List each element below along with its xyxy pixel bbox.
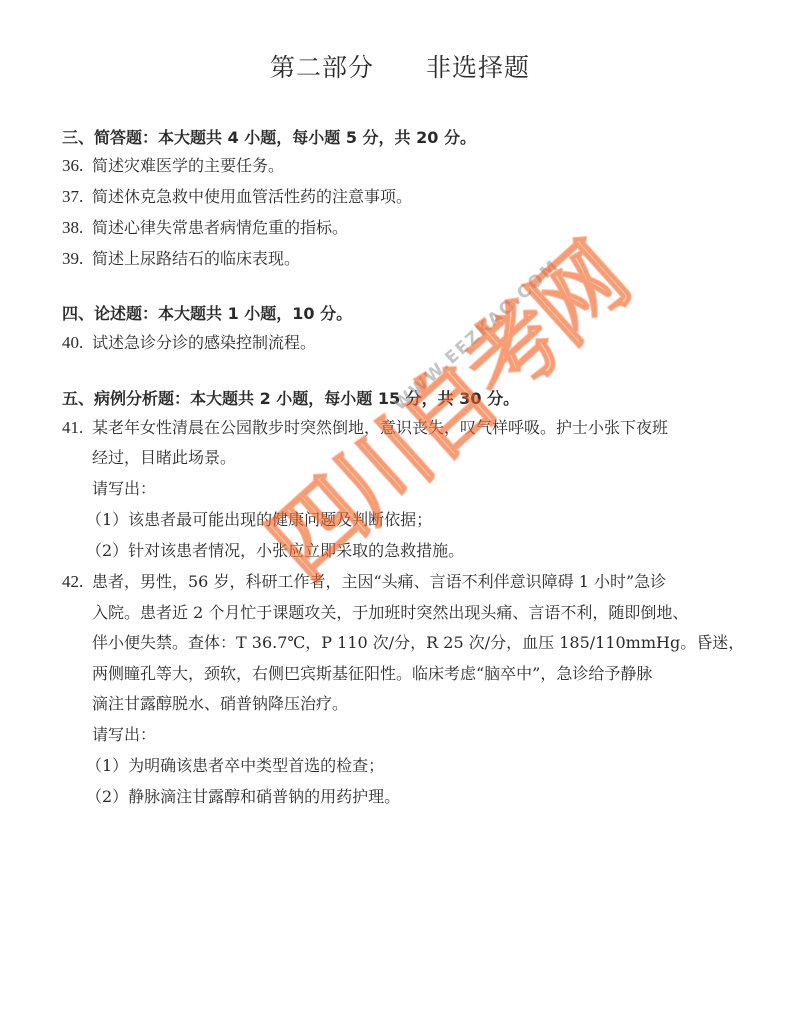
question-number: 42. [62,572,92,592]
question-number: 40. [62,333,92,353]
question-text: 简述休克急救中使用血管活性药的注意事项。 [92,187,412,206]
question-number: 41. [62,418,92,438]
question-36: 36.简述灾难医学的主要任务。 [62,156,284,176]
section-heading-essay: 四、论述题：本大题共 1 小题，10 分。 [62,304,352,324]
question-text: 某老年女性清晨在公园散步时突然倒地，意识丧失，叹气样呼吸。护士小张下夜班 [92,418,668,437]
question-41-line-1: 41.某老年女性清晨在公园散步时突然倒地，意识丧失，叹气样呼吸。护士小张下夜班 [62,418,668,438]
page-title: 第二部分非选择题 [0,48,800,84]
question-42-item-1: （1）为明确该患者卒中类型首选的检查； [86,756,384,776]
question-42-line-5: 滴注甘露醇脱水、硝普钠降压治疗。 [92,694,348,714]
question-42-line-3: 伴小便失禁。查体：T 36.7℃，P 110 次/分，R 25 次/分，血压 1… [92,633,744,653]
question-number: 36. [62,156,92,176]
question-39: 39.简述上尿路结石的临床表现。 [62,249,300,269]
question-text: 简述心律失常患者病情危重的指标。 [92,218,348,237]
exam-page: 第二部分非选择题 三、简答题：本大题共 4 小题，每小题 5 分，共 20 分。… [0,0,800,1015]
section-heading-short-answer: 三、简答题：本大题共 4 小题，每小题 5 分，共 20 分。 [62,128,476,148]
part-label: 第二部分 [270,53,374,82]
section-heading-case-analysis: 五、病例分析题：本大题共 2 小题，每小题 15 分，共 30 分。 [62,389,519,409]
question-42-line-1: 42.患者，男性，56 岁，科研工作者，主因“头痛、言语不利伴意识障碍 1 小时… [62,572,666,592]
question-text: 试述急诊分诊的感染控制流程。 [92,333,316,352]
question-text: 患者，男性，56 岁，科研工作者，主因“头痛、言语不利伴意识障碍 1 小时”急诊 [92,572,666,591]
question-number: 39. [62,249,92,269]
question-number: 38. [62,218,92,238]
question-38: 38.简述心律失常患者病情危重的指标。 [62,218,348,238]
question-37: 37.简述休克急救中使用血管活性药的注意事项。 [62,187,412,207]
question-text: 简述灾难医学的主要任务。 [92,156,284,175]
question-41-item-1: （1）该患者最可能出现的健康问题及判断依据； [86,510,432,530]
question-42-prompt: 请写出： [92,725,156,745]
question-42-line-4: 两侧瞳孔等大，颈软，右侧巴宾斯基征阳性。临床考虑“脑卒中”，急诊给予静脉 [92,664,652,684]
question-42-line-2: 入院。患者近 2 个月忙于课题攻关，于加班时突然出现头痛、言语不利，随即倒地、 [92,603,688,623]
question-42-item-2: （2）静脉滴注甘露醇和硝普钠的用药护理。 [86,787,400,807]
question-41-item-2: （2）针对该患者情况，小张应立即采取的急救措施。 [86,541,464,561]
question-41-line-2: 经过，目睹此场景。 [92,448,236,468]
part-title: 非选择题 [426,53,530,82]
question-number: 37. [62,187,92,207]
question-text: 简述上尿路结石的临床表现。 [92,249,300,268]
question-40: 40.试述急诊分诊的感染控制流程。 [62,333,316,353]
question-41-prompt: 请写出： [92,479,156,499]
